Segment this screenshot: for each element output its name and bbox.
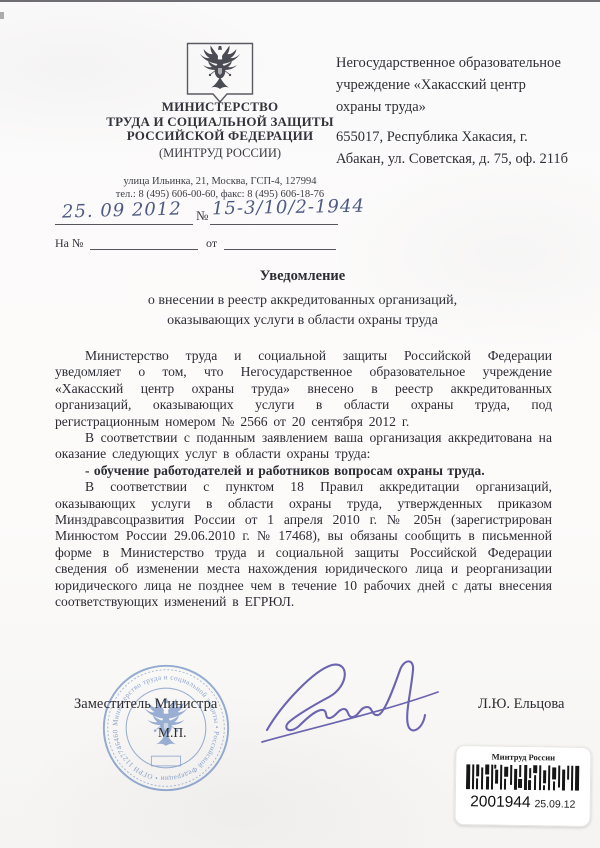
number-underline [210, 224, 338, 225]
scan-artifact-left-tick [0, 12, 4, 19]
sticker-registration-number: 2001944 [470, 793, 531, 811]
signer-name: Л.Ю. Ельцова [478, 696, 564, 713]
document-title-block: Уведомление о внесении в реестр аккредит… [55, 268, 550, 331]
addressee-name-line: учреждение «Хакасский центр [336, 74, 571, 96]
addressee-name-line: охраны труда» [336, 96, 571, 118]
scanned-letter-page: МИНИСТЕРСТВО ТРУДА И СОЦИАЛЬНОЙ ЗАЩИТЫ Р… [0, 0, 600, 848]
addressee-block: Негосударственное образовательное учрежд… [336, 52, 571, 170]
handwritten-date: 25. 09 2012 [62, 198, 182, 222]
handwritten-outgoing-number: 15-3/10/2-1944 [212, 196, 365, 220]
body-paragraph-2: В соответствии с поданным заявлением ваш… [55, 430, 552, 463]
document-subtitle-line: о внесении в реестр аккредитованных орга… [55, 291, 550, 311]
reply-to-label: На № [55, 236, 83, 251]
addressee-address-line: 655017, Республика Хакасия, г. [336, 126, 571, 148]
barcode-icon [466, 764, 580, 791]
signer-position-title: Заместитель Министра [74, 696, 217, 713]
document-title: Уведомление [55, 268, 550, 285]
reply-from-blank-line [224, 249, 336, 250]
number-sign-label: № [196, 208, 208, 224]
handwritten-signature [252, 652, 457, 767]
addressee-address-line: Абакан, ул. Советская, д. 75, оф. 211б [336, 148, 571, 170]
document-body: Министерство труда и социальной защиты Р… [55, 348, 552, 611]
registration-barcode-sticker: Минтруд России [454, 745, 591, 827]
coat-of-arms-icon [186, 42, 254, 104]
ministry-postal-address: улица Ильинка, 21, Москва, ГСП-4, 127994 [40, 175, 400, 188]
date-underline [55, 224, 193, 225]
sticker-date: 25.09.12 [534, 798, 575, 811]
document-subtitle-line: оказывающих услуги в области охраны труд… [55, 311, 550, 331]
sticker-org-label: Минтруд России [455, 751, 591, 763]
reply-to-blank-line [90, 249, 198, 250]
reply-from-label: от [206, 236, 217, 251]
body-paragraph-3: В соответствии с пунктом 18 Правил аккре… [55, 479, 552, 610]
body-paragraph-1: Министерство труда и социальной защиты Р… [55, 348, 552, 430]
body-paragraph-2-bold-service: - обучение работодателей и работников во… [55, 463, 552, 479]
seal-placeholder-label: М.П. [158, 725, 187, 741]
addressee-name-line: Негосударственное образовательное [336, 52, 571, 74]
scan-artifact-top-edge [0, 0, 600, 2]
